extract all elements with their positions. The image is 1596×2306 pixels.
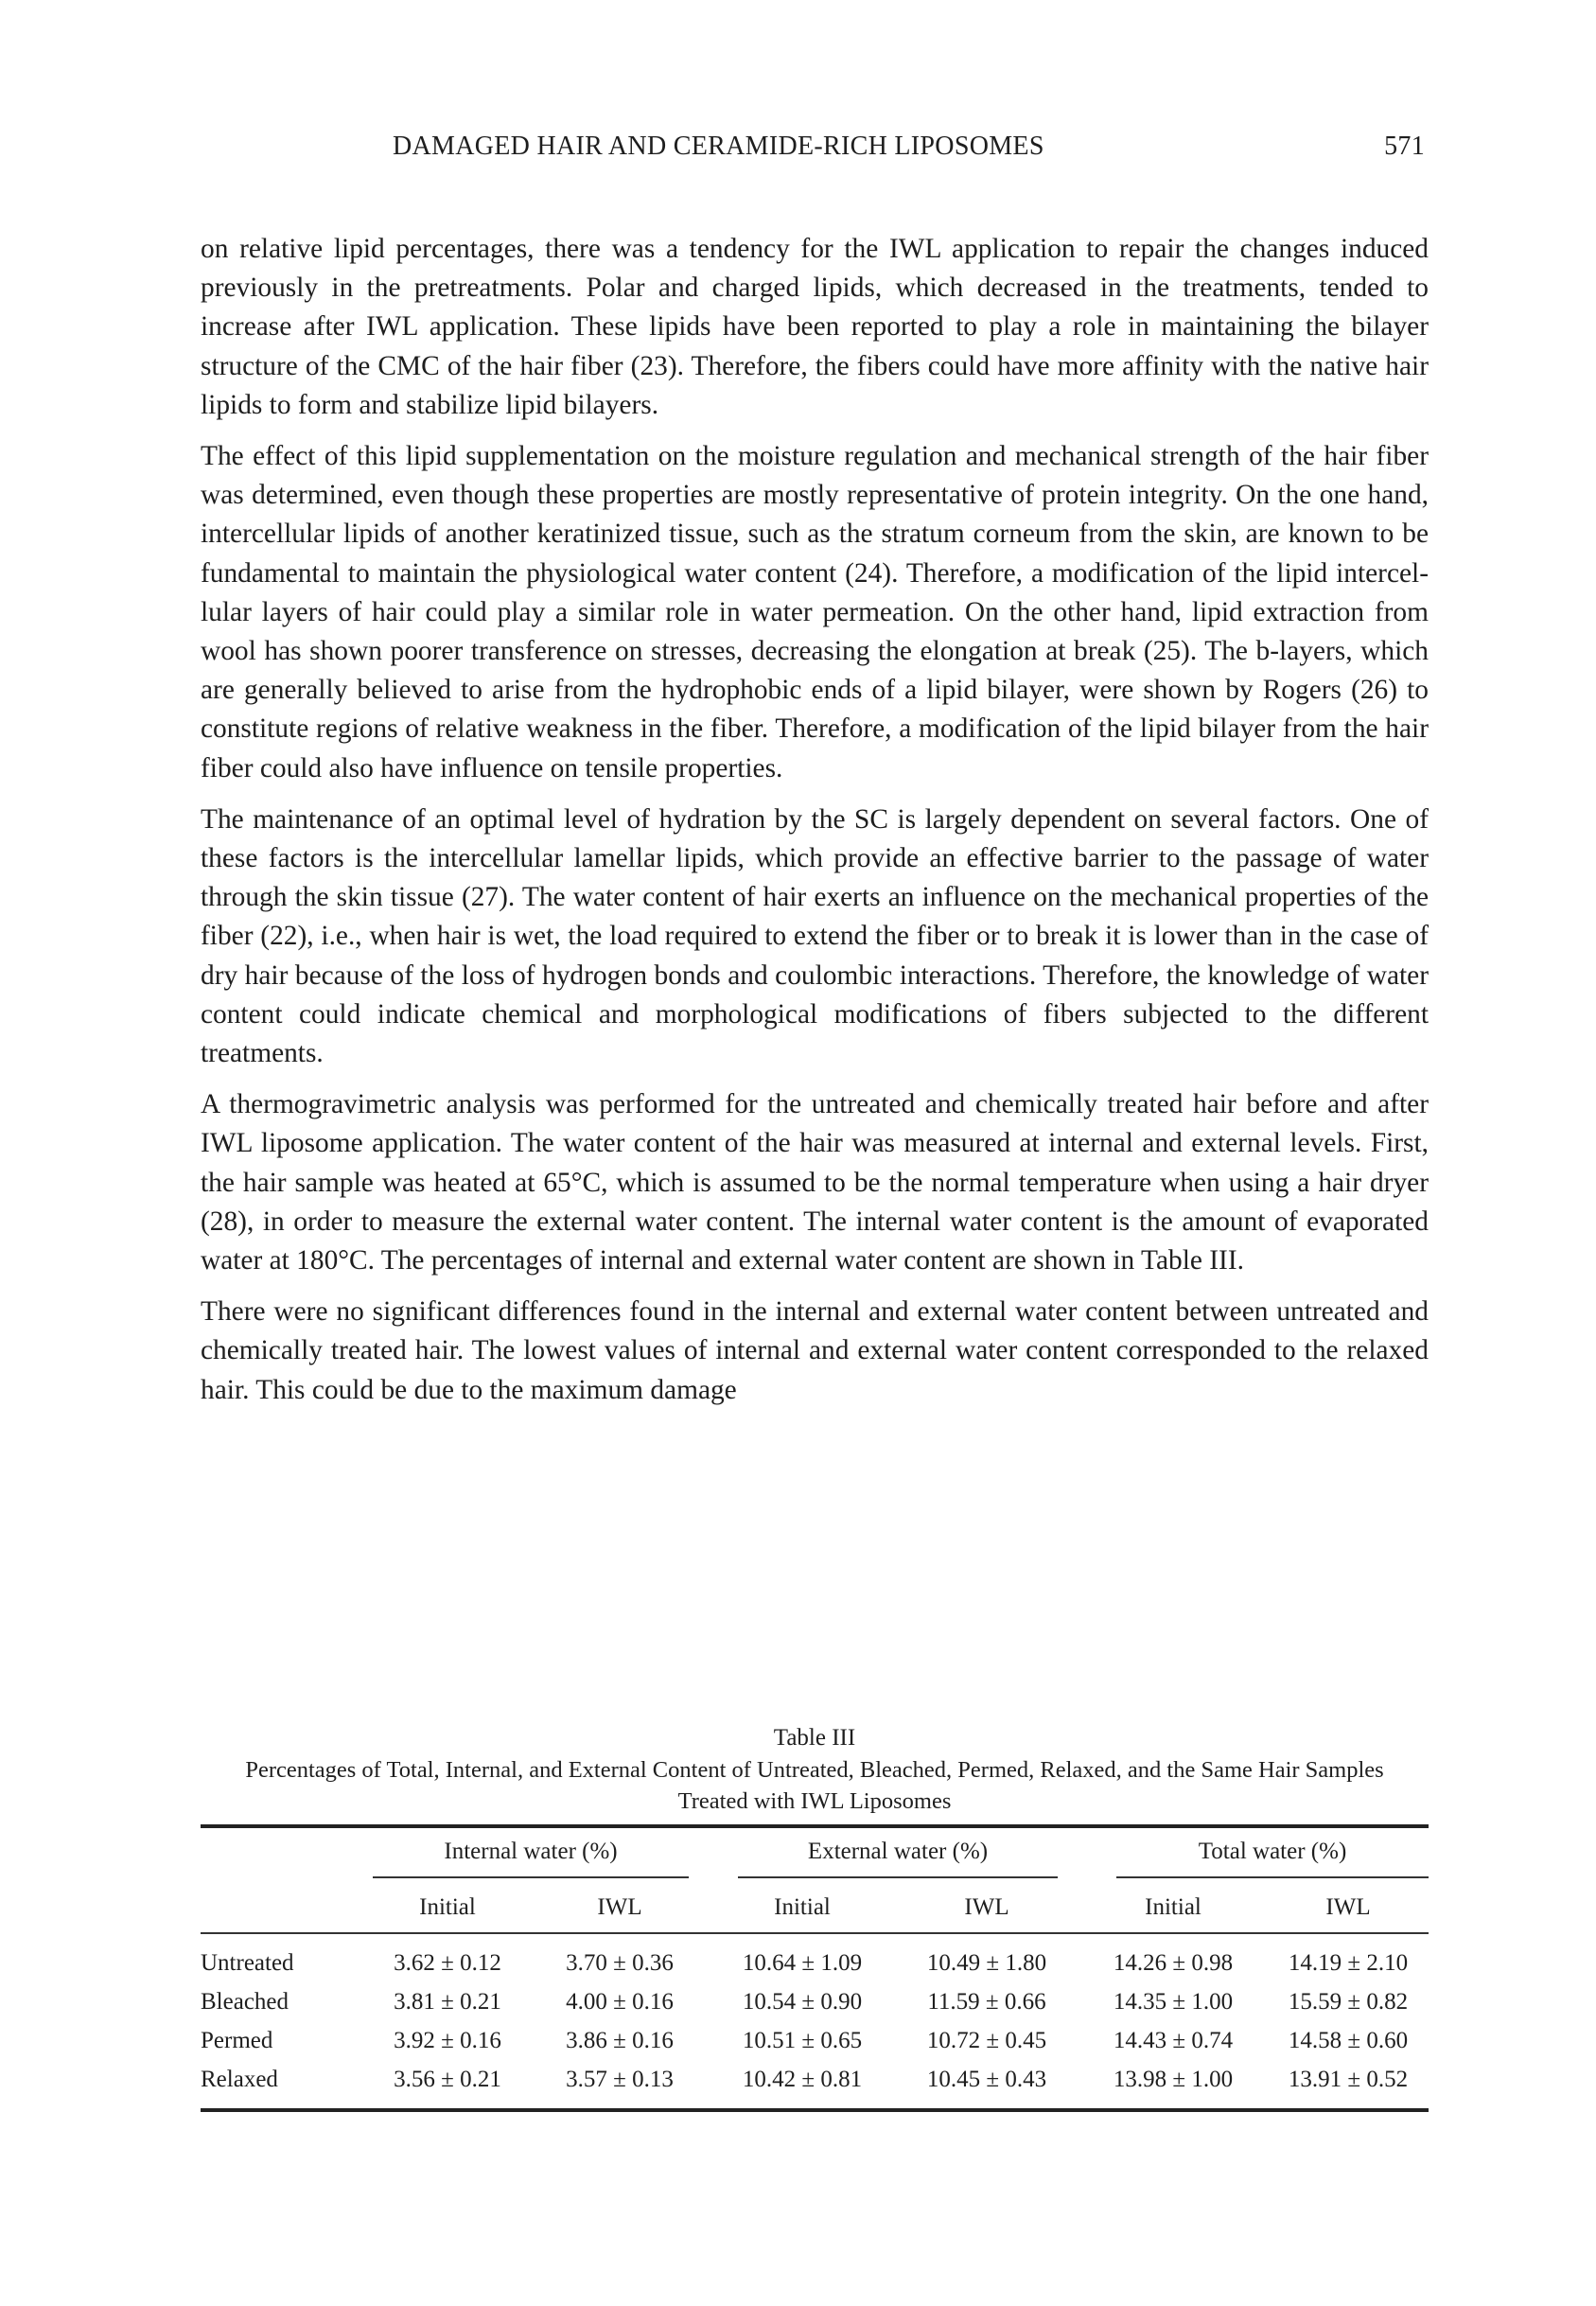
cell: 3.81 ± 0.21: [365, 1982, 530, 2021]
row-label: Bleached: [201, 1982, 365, 2021]
stub-header: [201, 1828, 365, 1883]
row-label: Permed: [201, 2021, 365, 2060]
cell: 14.19 ± 2.10: [1268, 1933, 1429, 1982]
cell: 4.00 ± 0.16: [530, 1982, 710, 2021]
cell: 10.51 ± 0.65: [710, 2021, 895, 2060]
subheader: Initial: [365, 1883, 530, 1933]
subheader: Initial: [1079, 1883, 1268, 1933]
cell: 10.72 ± 0.45: [895, 2021, 1079, 2060]
cell: 14.43 ± 0.74: [1079, 2021, 1268, 2060]
page-number: 571: [1384, 132, 1425, 162]
cell: 14.26 ± 0.98: [1079, 1933, 1268, 1982]
group-header-total: Total water (%): [1079, 1828, 1429, 1883]
stub-subheader: [201, 1883, 365, 1933]
group-header-row: Internal water (%) External water (%) To…: [201, 1828, 1429, 1883]
table-caption: Percentages of Total, Internal, and Exte…: [201, 1754, 1429, 1817]
cell: 14.58 ± 0.60: [1268, 2021, 1429, 2060]
cell: 10.64 ± 1.09: [710, 1933, 895, 1982]
cell: 15.59 ± 0.82: [1268, 1982, 1429, 2021]
paragraph: The effect of this lipid supplementation…: [201, 437, 1429, 788]
table-row: Relaxed 3.56 ± 0.21 3.57 ± 0.13 10.42 ± …: [201, 2060, 1429, 2108]
cell: 10.49 ± 1.80: [895, 1933, 1079, 1982]
cell: 3.70 ± 0.36: [530, 1933, 710, 1982]
paragraph: on relative lipid percentages, there was…: [201, 230, 1429, 425]
subheader: IWL: [530, 1883, 710, 1933]
cell: 11.59 ± 0.66: [895, 1982, 1079, 2021]
paragraph: There were no significant differences fo…: [201, 1293, 1429, 1410]
running-head-title: DAMAGED HAIR AND CERAMIDE-RICH LIPOSOMES: [393, 132, 1044, 162]
water-content-table: Internal water (%) External water (%) To…: [201, 1828, 1429, 2108]
subheader: IWL: [895, 1883, 1079, 1933]
cell: 10.54 ± 0.90: [710, 1982, 895, 2021]
cell: 3.62 ± 0.12: [365, 1933, 530, 1982]
table-iii: Table III Percentages of Total, Internal…: [201, 1722, 1429, 2112]
cell: 13.91 ± 0.52: [1268, 2060, 1429, 2108]
table-row: Permed 3.92 ± 0.16 3.86 ± 0.16 10.51 ± 0…: [201, 2021, 1429, 2060]
cell: 3.92 ± 0.16: [365, 2021, 530, 2060]
cell: 14.35 ± 1.00: [1079, 1982, 1268, 2021]
group-label: Total water (%): [1116, 1839, 1429, 1878]
table-bottom-rule: [201, 2108, 1429, 2112]
cell: 3.86 ± 0.16: [530, 2021, 710, 2060]
table-row: Untreated 3.62 ± 0.12 3.70 ± 0.36 10.64 …: [201, 1933, 1429, 1982]
table-title: Table III: [201, 1722, 1429, 1754]
table-row: Bleached 3.81 ± 0.21 4.00 ± 0.16 10.54 ±…: [201, 1982, 1429, 2021]
cell: 13.98 ± 1.00: [1079, 2060, 1268, 2108]
paragraph: A thermogravimetric analysis was perform…: [201, 1085, 1429, 1280]
paragraph: The maintenance of an optimal level of h…: [201, 801, 1429, 1073]
body-text: on relative lipid percentages, there was…: [201, 230, 1429, 1422]
group-header-internal: Internal water (%): [365, 1828, 710, 1883]
group-label: Internal water (%): [373, 1839, 689, 1878]
cell: 10.42 ± 0.81: [710, 2060, 895, 2108]
row-label: Relaxed: [201, 2060, 365, 2108]
cell: 10.45 ± 0.43: [895, 2060, 1079, 2108]
group-header-external: External water (%): [710, 1828, 1079, 1883]
subheader-row: Initial IWL Initial IWL Initial IWL: [201, 1883, 1429, 1933]
group-label: External water (%): [738, 1839, 1058, 1878]
cell: 3.56 ± 0.21: [365, 2060, 530, 2108]
running-head: DAMAGED HAIR AND CERAMIDE-RICH LIPOSOMES…: [201, 132, 1429, 169]
row-label: Untreated: [201, 1933, 365, 1982]
subheader: IWL: [1268, 1883, 1429, 1933]
cell: 3.57 ± 0.13: [530, 2060, 710, 2108]
subheader: Initial: [710, 1883, 895, 1933]
